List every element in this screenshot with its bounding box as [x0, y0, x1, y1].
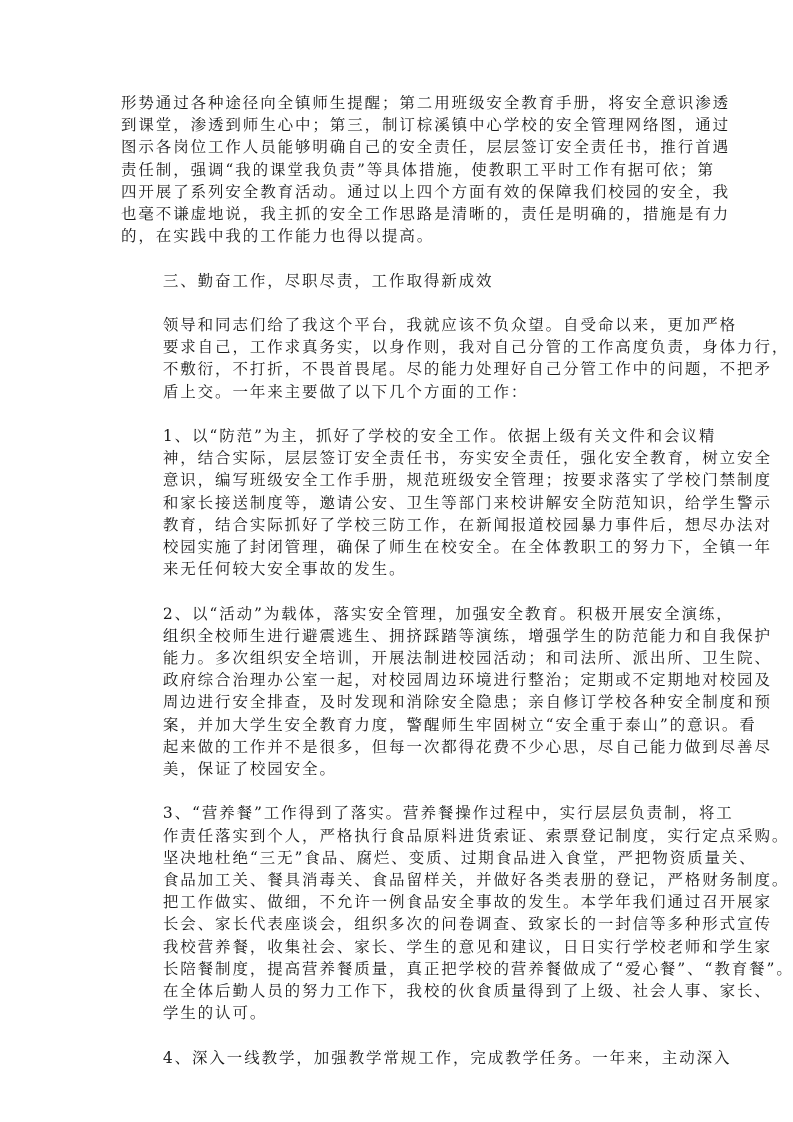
- text-line: 起来做的工作并不是很多，但每一次都得花费不少心思，尽自己能力做到尽善尽: [121, 736, 674, 758]
- text-line: 领导和同志们给了我这个平台，我就应该不负众望。自受命以来，更加严格: [121, 314, 674, 336]
- text-line: 坚决地杜绝“三无”食品、腐烂、变质、过期食品进入食堂，严把物资质量关、: [121, 847, 674, 869]
- text-line: 四开展了系列安全教育活动。通过以上四个方面有效的保障我们校园的安全，我: [121, 181, 674, 203]
- text-line: 意识，编写班级安全工作手册，规范班级安全管理；按要求落实了学校门禁制度: [121, 469, 674, 491]
- text-line: 周边进行安全排查，及时发现和消除安全隐患；亲自修订学校各种安全制度和预: [121, 691, 674, 713]
- text-line: 责任制，强调“我的课堂我负责”等具体措施，使教职工平时工作有据可依；第: [121, 159, 674, 181]
- text-line: 3、“营养餐”工作得到了落实。营养餐操作过程中，实行层层负责制，将工: [121, 802, 674, 824]
- text-line: 图示各岗位工作人员能够明确自己的安全责任，层层签订安全责任书，推行首遇: [121, 136, 674, 158]
- text-line: 学生的认可。: [121, 1002, 674, 1024]
- section-heading: 三、勤奋工作，尽职尽责，工作取得新成效: [121, 270, 674, 292]
- text-line: 来无任何较大安全事故的发生。: [121, 558, 674, 580]
- text-line: 三、勤奋工作，尽职尽责，工作取得新成效: [121, 270, 674, 292]
- text-line: 形势通过各种途径向全镇师生提醒；第二用班级安全教育手册，将安全意识渗透: [121, 92, 674, 114]
- text-line: 长陪餐制度，提高营养餐质量，真正把学校的营养餐做成了“爱心餐”、“教育餐”。: [121, 958, 674, 980]
- text-line: 把工作做实、做细，不允许一例食品安全事故的发生。本学年我们通过召开展家: [121, 891, 674, 913]
- text-line: 美，保证了校园安全。: [121, 758, 674, 780]
- text-line: 2、以“活动”为载体，落实安全管理，加强安全教育。积极开展安全演练，: [121, 603, 674, 625]
- text-line: 神，结合实际，层层签订安全责任书，夯实安全责任，强化安全教育，树立安全: [121, 447, 674, 469]
- text-line: 能力。多次组织安全培训，开展法制进校园活动；和司法所、派出所、卫生院、: [121, 647, 674, 669]
- document-page: 形势通过各种途径向全镇师生提醒；第二用班级安全教育手册，将安全意识渗透到课堂，渗…: [121, 92, 674, 1091]
- text-line: 1、以“防范”为主，抓好了学校的安全工作。依据上级有关文件和会议精: [121, 425, 674, 447]
- text-line: 到课堂，渗透到师生心中；第三，制订棕溪镇中心学校的安全管理网络图，通过: [121, 114, 674, 136]
- text-line: 4、深入一线教学，加强教学常规工作，完成教学任务。一年来，主动深入: [121, 1047, 674, 1069]
- text-line: 校园实施了封闭管理，确保了师生在校安全。在全体教职工的努力下，全镇一年: [121, 536, 674, 558]
- paragraph: 4、深入一线教学，加强教学常规工作，完成教学任务。一年来，主动深入: [121, 1047, 674, 1069]
- text-line: 不敷衍，不打折，不畏首畏尾。尽的能力处理好自己分管工作中的问题，不把矛: [121, 358, 674, 380]
- text-line: 我校营养餐，收集社会、家长、学生的意见和建议，日日实行学校老师和学生家: [121, 936, 674, 958]
- text-line: 教育，结合实际抓好了学校三防工作，在新闻报道校园暴力事件后，想尽办法对: [121, 514, 674, 536]
- text-line: 和家长接送制度等，邀请公安、卫生等部门来校讲解安全防范知识，给学生警示: [121, 492, 674, 514]
- text-line: 作责任落实到个人，严格执行食品原料进货索证、索票登记制度，实行定点采购。: [121, 825, 674, 847]
- text-line: 要求自己，工作求真务实，以身作则，我对自己分管的工作高度负责，身体力行，: [121, 336, 674, 358]
- text-line: 盾上交。一年来主要做了以下几个方面的工作：: [121, 381, 674, 403]
- text-line: 组织全校师生进行避震逃生、拥挤踩踏等演练，增强学生的防范能力和自我保护: [121, 625, 674, 647]
- text-line: 食品加工关、餐具消毒关、食品留样关，并做好各类表册的登记，严格财务制度。: [121, 869, 674, 891]
- text-line: 在全体后勤人员的努力工作下，我校的伙食质量得到了上级、社会人事、家长、: [121, 980, 674, 1002]
- text-line: 政府综合治理办公室一起，对校园周边环境进行整治；定期或不定期地对校园及: [121, 669, 674, 691]
- paragraph: 领导和同志们给了我这个平台，我就应该不负众望。自受命以来，更加严格要求自己，工作…: [121, 314, 674, 403]
- text-line: 案，并加大学生安全教育力度，警醒师生牢固树立“安全重于泰山”的意识。看: [121, 714, 674, 736]
- paragraph: 3、“营养餐”工作得到了落实。营养餐操作过程中，实行层层负责制，将工作责任落实到…: [121, 802, 674, 1024]
- paragraph: 2、以“活动”为载体，落实安全管理，加强安全教育。积极开展安全演练，组织全校师生…: [121, 603, 674, 781]
- paragraph: 形势通过各种途径向全镇师生提醒；第二用班级安全教育手册，将安全意识渗透到课堂，渗…: [121, 92, 674, 247]
- text-line: 长会、家长代表座谈会，组织多次的问卷调查、致家长的一封信等多种形式宣传: [121, 913, 674, 935]
- text-line: 的，在实践中我的工作能力也得以提高。: [121, 225, 674, 247]
- paragraph: 1、以“防范”为主，抓好了学校的安全工作。依据上级有关文件和会议精神，结合实际，…: [121, 425, 674, 580]
- text-line: 也毫不谦虚地说，我主抓的安全工作思路是清晰的，责任是明确的，措施是有力: [121, 203, 674, 225]
